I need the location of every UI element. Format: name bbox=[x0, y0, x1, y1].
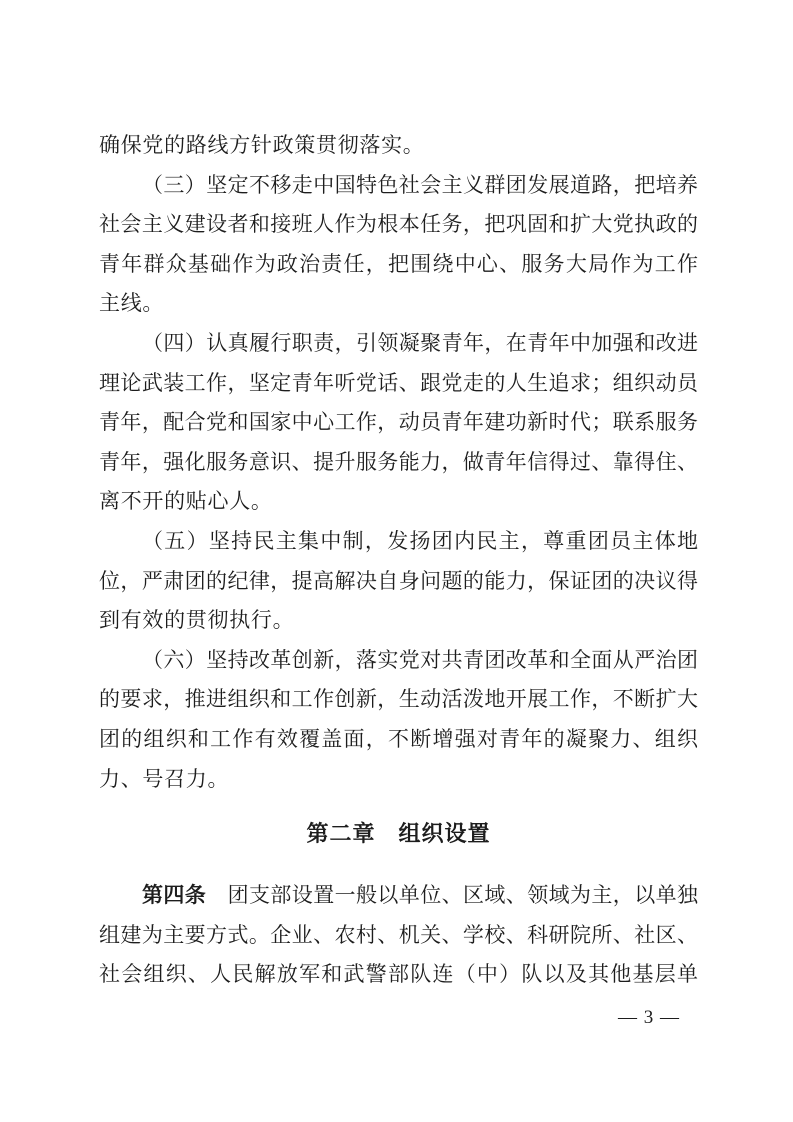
text-line: 青年，强化服务意识、提升服务能力，做青年信得过、靠得住、 bbox=[99, 443, 698, 483]
text-line: 离不开的贴心人。 bbox=[99, 482, 698, 522]
text-line: 力、号召力。 bbox=[99, 760, 698, 800]
text-line: 主线。 bbox=[99, 284, 698, 324]
text-line: 的要求，推进组织和工作创新，生动活泼地开展工作，不断扩大 bbox=[99, 680, 698, 720]
article-intro-text: 团支部设置一般以单位、区域、领域为主，以单独 bbox=[206, 883, 698, 907]
text-line: 团的组织和工作有效覆盖面，不断增强对青年的凝聚力、组织 bbox=[99, 720, 698, 760]
text-line: （四）认真履行职责，引领凝聚青年，在青年中加强和改进 bbox=[99, 324, 698, 364]
article-label: 第四条 bbox=[142, 883, 206, 907]
text-line: （五）坚持民主集中制，发扬团内民主，尊重团员主体地 bbox=[99, 522, 698, 562]
page-number: — 3 — bbox=[618, 1004, 680, 1032]
text-line: 确保党的路线方针政策贯彻落实。 bbox=[99, 126, 698, 166]
document-body: 确保党的路线方针政策贯彻落实。 （三）坚定不移走中国特色社会主义群团发展道路，把… bbox=[99, 126, 698, 995]
text-line: （三）坚定不移走中国特色社会主义群团发展道路，把培养 bbox=[99, 166, 698, 206]
text-line: 社会主义建设者和接班人作为根本任务，把巩固和扩大党执政的 bbox=[99, 205, 698, 245]
text-line: 青年群众基础作为政治责任，把围绕中心、服务大局作为工作 bbox=[99, 245, 698, 285]
text-line: 青年，配合党和国家中心工作，动员青年建功新时代；联系服务 bbox=[99, 403, 698, 443]
chapter-heading: 第二章 组织设置 bbox=[99, 814, 698, 854]
text-line: 位，严肃团的纪律，提高解决自身问题的能力，保证团的决议得 bbox=[99, 562, 698, 602]
text-line: 社会组织、人民解放军和武警部队连（中）队以及其他基层单 bbox=[99, 955, 698, 995]
text-line: 到有效的贯彻执行。 bbox=[99, 601, 698, 641]
text-line: 理论武装工作，坚定青年听党话、跟党走的人生追求；组织动员 bbox=[99, 364, 698, 404]
document-page: 确保党的路线方针政策贯彻落实。 （三）坚定不移走中国特色社会主义群团发展道路，把… bbox=[0, 0, 793, 1122]
text-line: 第四条 团支部设置一般以单位、区域、领域为主，以单独 bbox=[99, 876, 698, 916]
text-line: （六）坚持改革创新，落实党对共青团改革和全面从严治团 bbox=[99, 641, 698, 681]
text-line: 组建为主要方式。企业、农村、机关、学校、科研院所、社区、 bbox=[99, 916, 698, 956]
